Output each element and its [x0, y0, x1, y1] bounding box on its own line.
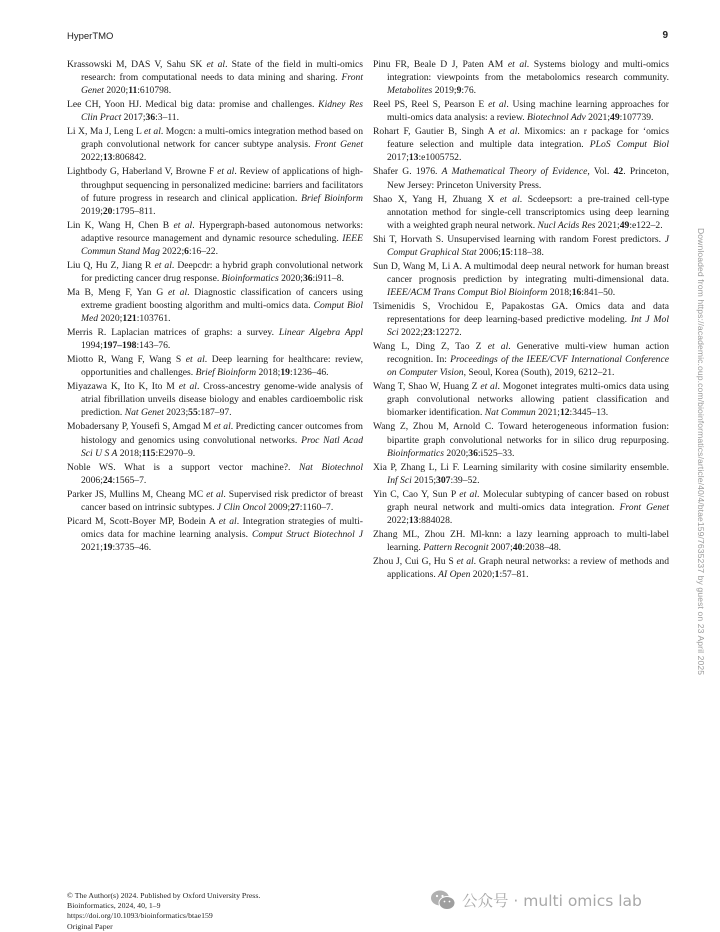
- ref-authors: Xia P, Zhang L, Li F.: [373, 462, 463, 473]
- ref-journal: Brief Bioinform: [196, 367, 257, 378]
- ref-etal: et al: [488, 341, 509, 352]
- ref-year: 2015;: [412, 475, 436, 486]
- ref-authors: Liu Q, Hu Z, Jiang R: [67, 260, 154, 271]
- ref-pages: :2038–48.: [522, 542, 561, 553]
- ref-journal: Biotechnol Adv: [527, 112, 586, 123]
- running-title: HyperTMO: [67, 31, 113, 42]
- ref-pages: :118–38.: [510, 247, 544, 258]
- ref-volume: 49: [620, 220, 630, 231]
- article-type: Original Paper: [67, 922, 260, 932]
- ref-journal: AI Open: [438, 569, 470, 580]
- reference-entry: Wang Z, Zhou M, Arnold C. Toward heterog…: [373, 420, 669, 459]
- ref-volume: 24: [103, 475, 113, 486]
- reference-entry: Miyazawa K, Ito K, Ito M et al. Cross-an…: [67, 380, 363, 419]
- reference-entry: Zhang ML, Zhou ZH. Ml-knn: a lazy learni…: [373, 528, 669, 554]
- ref-authors: Wang L, Ding Z, Tao Z: [373, 341, 488, 352]
- ref-journal: Comput Struct Biotechnol J: [252, 529, 363, 540]
- ref-year: 2018;: [547, 287, 571, 298]
- ref-volume: 55: [188, 407, 198, 418]
- reference-entry: Picard M, Scott-Boyer MP, Bodein A et al…: [67, 515, 363, 554]
- ref-pages: :187–97.: [198, 407, 232, 418]
- ref-title: Unsupervised learning with random Forest…: [447, 234, 665, 245]
- ref-journal: Pattern Recognit: [423, 542, 488, 553]
- ref-authors: Picard M, Scott-Boyer MP, Bodein A: [67, 516, 219, 527]
- ref-volume: 27: [290, 502, 300, 513]
- page-number: 9: [662, 30, 668, 41]
- reference-entry: Pinu FR, Beale D J, Paten AM et al. Syst…: [373, 58, 669, 97]
- ref-journal: Nat Commun: [485, 407, 536, 418]
- ref-etal: et al: [179, 381, 197, 392]
- ref-title: Medical big data: promise and challenges…: [145, 99, 318, 110]
- ref-etal: et al: [144, 126, 161, 137]
- ref-journal: Front Genet: [315, 139, 363, 150]
- ref-year: 2006;: [81, 475, 103, 486]
- ref-authors: Merris R.: [67, 327, 111, 338]
- ref-pages: :1795–811.: [112, 206, 155, 217]
- footer: © The Author(s) 2024. Published by Oxfor…: [67, 891, 260, 932]
- ref-volume: 12: [560, 407, 570, 418]
- ref-pages: :884028.: [418, 515, 452, 526]
- ref-pages: :i525–33.: [478, 448, 515, 459]
- ref-authors: Parker JS, Mullins M, Cheang MC: [67, 489, 206, 500]
- ref-journal: Bioinformatics: [387, 448, 444, 459]
- ref-year: 2020;: [98, 313, 122, 324]
- ref-authors: Li X, Ma J, Leng L: [67, 126, 144, 137]
- reference-entry: Sun D, Wang M, Li A. A multimodal deep n…: [373, 260, 669, 299]
- ref-etal: et al: [459, 489, 477, 500]
- ref-pages: :57–81.: [499, 569, 528, 580]
- ref-volume: 13: [103, 152, 113, 163]
- ref-etal: et al: [456, 556, 473, 567]
- reference-entry: Xia P, Zhang L, Li F. Learning similarit…: [373, 461, 669, 487]
- reference-entry: Lightbody G, Haberland V, Browne F et al…: [67, 165, 363, 217]
- ref-etal: et al: [214, 421, 231, 432]
- ref-pages: :i911–8.: [313, 273, 344, 284]
- ref-pages: :3445–13.: [570, 407, 609, 418]
- ref-authors: Ma B, Meng F, Yan G: [67, 287, 168, 298]
- reference-entry: Merris R. Laplacian matrices of graphs: …: [67, 326, 363, 352]
- ref-pages: :16–22.: [189, 246, 218, 257]
- watermark-text: 公众号 · multi omics lab: [462, 889, 642, 911]
- download-notice: Downloaded from https://academic.oup.com…: [696, 228, 706, 675]
- ref-journal: Nat Biotechnol: [299, 462, 363, 473]
- ref-authors: Tsimenidis S, Vrochidou E, Papakostas GA…: [373, 301, 575, 312]
- ref-pages: :e122–2.: [629, 220, 662, 231]
- ref-etal: et al: [206, 489, 223, 500]
- references-left-column: Krassowski M, DAS V, Sahu SK et al. Stat…: [67, 58, 363, 555]
- ref-volume: 15: [501, 247, 511, 258]
- ref-pages: :E2970–9.: [155, 448, 195, 459]
- ref-authors: Wang Z, Zhou M, Arnold C.: [373, 421, 498, 432]
- ref-year: 2020;: [470, 569, 494, 580]
- ref-year: 1994;: [81, 340, 103, 351]
- ref-authors: Zhang ML, Zhou ZH.: [373, 529, 470, 540]
- ref-authors: Lee CH, Yoon HJ.: [67, 99, 145, 110]
- reference-entry: Mobadersany P, Yousefi S, Amgad M et al.…: [67, 420, 363, 459]
- ref-volume: 13: [409, 152, 419, 163]
- ref-volume: 197–198: [103, 340, 137, 351]
- ref-etal: et al: [206, 59, 225, 70]
- reference-entry: Parker JS, Mullins M, Cheang MC et al. S…: [67, 488, 363, 514]
- ref-etal: et al: [174, 220, 193, 231]
- ref-title: Laplacian matrices of graphs: a survey.: [111, 327, 279, 338]
- ref-pages: :39–52.: [450, 475, 479, 486]
- ref-pages: :1160–7.: [300, 502, 334, 513]
- reference-entry: Shao X, Yang H, Zhuang X et al. Scdeepso…: [373, 193, 669, 232]
- ref-authors: Miyazawa K, Ito K, Ito M: [67, 381, 179, 392]
- ref-title: What is a support vector machine?.: [124, 462, 299, 473]
- ref-journal: Nat Genet: [125, 407, 164, 418]
- ref-year: 2022;: [399, 327, 423, 338]
- ref-authors: Reel PS, Reel S, Pearson E: [373, 99, 488, 110]
- ref-journal: Inf Sci: [387, 475, 412, 486]
- ref-authors: Yin C, Cao Y, Sun P: [373, 489, 459, 500]
- reference-entry: Zhou J, Cui G, Hu S et al. Graph neural …: [373, 555, 669, 581]
- ref-volume: 36: [146, 112, 156, 123]
- ref-journal: Metabolites: [387, 85, 432, 96]
- wechat-icon: [430, 889, 456, 911]
- ref-year: 2009;: [266, 502, 290, 513]
- ref-year: 2021;: [586, 112, 610, 123]
- ref-etal: et al: [168, 287, 187, 298]
- ref-etal: et al: [499, 126, 518, 137]
- ref-pages: :610798.: [137, 85, 171, 96]
- ref-journal: Nucl Acids Res: [538, 220, 596, 231]
- ref-pages: :12272.: [433, 327, 462, 338]
- ref-etal: et al: [154, 260, 171, 271]
- ref-year: 2019;: [432, 85, 456, 96]
- ref-pages: :e1005752.: [418, 152, 461, 163]
- ref-year: 2022;: [81, 152, 103, 163]
- ref-volume: 23: [423, 327, 433, 338]
- reference-entry: Wang T, Shao W, Huang Z et al. Mogonet i…: [373, 380, 669, 419]
- ref-journal: A Mathematical Theory of Evidence: [442, 166, 588, 177]
- ref-pages: :107739.: [620, 112, 654, 123]
- ref-volume: 19: [280, 367, 290, 378]
- ref-etal: et al: [217, 166, 234, 177]
- ref-pages: :3–11.: [155, 112, 179, 123]
- ref-year: 2017;: [387, 152, 409, 163]
- ref-year: 2021;: [595, 220, 619, 231]
- reference-entry: Ma B, Meng F, Yan G et al. Diagnostic cl…: [67, 286, 363, 325]
- ref-volume: 16: [572, 287, 582, 298]
- ref-journal: J Clin Oncol: [217, 502, 266, 513]
- ref-journal: Bioinformatics: [222, 273, 279, 284]
- ref-pages: :1565–7.: [112, 475, 146, 486]
- reference-entry: Shafer G. 1976. A Mathematical Theory of…: [373, 165, 669, 191]
- ref-etal: et al: [508, 59, 527, 70]
- reference-entry: Wang L, Ding Z, Tao Z et al. Generative …: [373, 340, 669, 379]
- ref-year: 2022;: [387, 515, 409, 526]
- reference-entry: Krassowski M, DAS V, Sahu SK et al. Stat…: [67, 58, 363, 97]
- ref-authors: Zhou J, Cui G, Hu S: [373, 556, 456, 567]
- ref-etal: et al: [186, 354, 205, 365]
- ref-authors: Wang T, Shao W, Huang Z: [373, 381, 480, 392]
- reference-entry: Noble WS. What is a support vector machi…: [67, 461, 363, 487]
- ref-year: 2019;: [81, 206, 103, 217]
- ref-year: , Vol.: [587, 166, 613, 177]
- ref-volume: 20: [103, 206, 113, 217]
- ref-pages: :1236–46.: [290, 367, 329, 378]
- ref-volume: 13: [409, 515, 419, 526]
- ref-authors: Shafer G. 1976.: [373, 166, 442, 177]
- ref-journal: Linear Algebra Appl: [279, 327, 363, 338]
- ref-journal: IEEE/ACM Trans Comput Biol Bioinform: [387, 287, 547, 298]
- ref-year: 2023;: [164, 407, 188, 418]
- ref-year: , Seoul, Korea (South), 2019, 6212–21.: [464, 367, 615, 378]
- ref-authors: Pinu FR, Beale D J, Paten AM: [373, 59, 508, 70]
- reference-entry: Reel PS, Reel S, Pearson E et al. Using …: [373, 98, 669, 124]
- ref-authors: Rohart F, Gautier B, Singh A: [373, 126, 499, 137]
- ref-volume: 36: [303, 273, 313, 284]
- ref-year: 2020;: [279, 273, 303, 284]
- ref-authors: Mobadersany P, Yousefi S, Amgad M: [67, 421, 214, 432]
- ref-authors: Krassowski M, DAS V, Sahu SK: [67, 59, 206, 70]
- ref-authors: Shao X, Yang H, Zhuang X: [373, 194, 500, 205]
- reference-entry: Lee CH, Yoon HJ. Medical big data: promi…: [67, 98, 363, 124]
- ref-journal: Front Genet: [620, 502, 669, 513]
- watermark: 公众号 · multi omics lab: [430, 889, 642, 911]
- ref-title: Learning similarity with cosine similari…: [463, 462, 669, 473]
- ref-year: 2021;: [81, 542, 103, 553]
- reference-entry: Yin C, Cao Y, Sun P et al. Molecular sub…: [373, 488, 669, 527]
- ref-etal: et al: [500, 194, 520, 205]
- ref-pages: :103761.: [137, 313, 171, 324]
- reference-entry: Liu Q, Hu Z, Jiang R et al. Deepcdr: a h…: [67, 259, 363, 285]
- ref-authors: Noble WS.: [67, 462, 124, 473]
- ref-journal: PLoS Comput Biol: [590, 139, 669, 150]
- reference-entry: Tsimenidis S, Vrochidou E, Papakostas GA…: [373, 300, 669, 339]
- ref-etal: et al: [480, 381, 497, 392]
- ref-pages: :143–76.: [136, 340, 170, 351]
- reference-entry: Shi T, Horvath S. Unsupervised learning …: [373, 233, 669, 259]
- ref-year: 2006;: [477, 247, 501, 258]
- ref-year: 2022;: [160, 246, 184, 257]
- ref-pages: :3735–46.: [112, 542, 151, 553]
- ref-volume: 40: [513, 542, 523, 553]
- ref-volume: 11: [128, 85, 137, 96]
- citation-line: Bioinformatics, 2024, 40, 1–9: [67, 901, 260, 911]
- ref-volume: 42: [614, 166, 624, 177]
- ref-volume: 49: [610, 112, 620, 123]
- ref-year: 2018;: [256, 367, 280, 378]
- ref-volume: 36: [468, 448, 478, 459]
- ref-journal: Brief Bioinform: [301, 193, 363, 204]
- ref-year: 2020;: [444, 448, 468, 459]
- reference-entry: Lin K, Wang H, Chen B et al. Hypergraph-…: [67, 219, 363, 258]
- ref-volume: 307: [436, 475, 450, 486]
- doi-link[interactable]: https://doi.org/10.1093/bioinformatics/b…: [67, 911, 260, 921]
- ref-pages: :76.: [461, 85, 476, 96]
- ref-year: 2017;: [121, 112, 145, 123]
- ref-year: 2018;: [117, 448, 141, 459]
- ref-volume: 121: [122, 313, 136, 324]
- reference-entry: Miotto R, Wang F, Wang S et al. Deep lea…: [67, 353, 363, 379]
- ref-etal: et al: [219, 516, 237, 527]
- copyright-line: © The Author(s) 2024. Published by Oxfor…: [67, 891, 260, 901]
- ref-volume: 19: [103, 542, 113, 553]
- ref-authors: Sun D, Wang M, Li A.: [373, 261, 464, 272]
- ref-year: 2020;: [104, 85, 128, 96]
- ref-year: 2007;: [489, 542, 513, 553]
- references-right-column: Pinu FR, Beale D J, Paten AM et al. Syst…: [373, 58, 669, 582]
- reference-entry: Rohart F, Gautier B, Singh A et al. Mixo…: [373, 125, 669, 164]
- ref-authors: Lightbody G, Haberland V, Browne F: [67, 166, 217, 177]
- reference-entry: Li X, Ma J, Leng L et al. Mogcn: a multi…: [67, 125, 363, 164]
- ref-pages: :806842.: [112, 152, 146, 163]
- ref-year: 2021;: [536, 407, 560, 418]
- ref-etal: et al: [488, 99, 506, 110]
- ref-volume: 115: [142, 448, 156, 459]
- ref-authors: Shi T, Horvath S.: [373, 234, 447, 245]
- ref-pages: :841–50.: [581, 287, 615, 298]
- ref-authors: Miotto R, Wang F, Wang S: [67, 354, 186, 365]
- ref-authors: Lin K, Wang H, Chen B: [67, 220, 174, 231]
